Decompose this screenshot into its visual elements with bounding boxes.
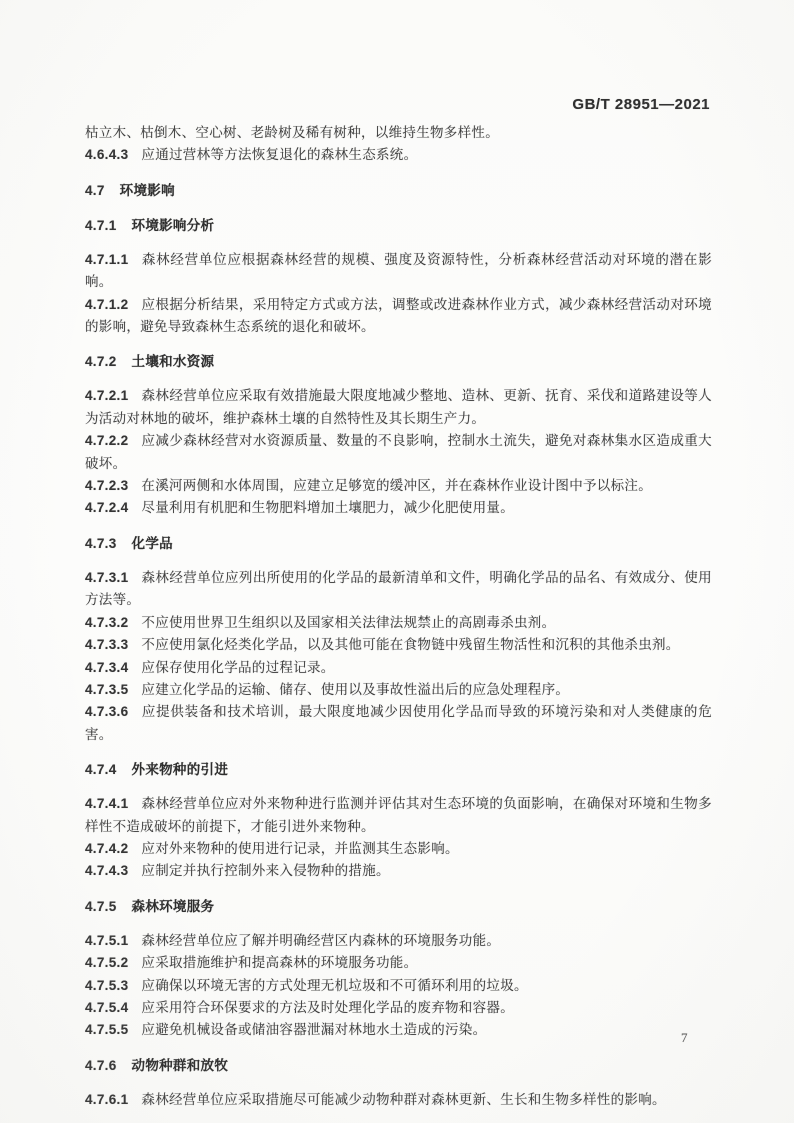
section-number: 4.7.2 <box>85 354 117 369</box>
section-title: 森林环境服务 <box>132 899 215 914</box>
clause-number: 4.7.2.1 <box>85 388 128 403</box>
clause-text: 应减少森林经营对水资源质量、数量的不良影响，控制水土流失，避免对森林集水区造成重… <box>85 433 712 470</box>
section-number: 4.7.5 <box>85 899 117 914</box>
clause-number: 4.7.5.3 <box>85 978 128 993</box>
section-number: 4.7.4 <box>85 762 117 777</box>
clause-text: 应对外来物种的使用进行记录，并监测其生态影响。 <box>141 841 458 856</box>
clause-number: 4.7.2.2 <box>85 433 128 448</box>
clause-number: 4.7.4.3 <box>85 863 128 878</box>
section-title: 动物种群和放牧 <box>132 1058 229 1073</box>
clause-number: 4.7.4.2 <box>85 841 128 856</box>
clause-paragraph: 4.7.2.4尽量利用有机肥和生物肥料增加土壤肥力，减少化肥使用量。 <box>85 497 712 519</box>
section-heading: 4.7环境影响 <box>85 180 712 202</box>
clause-number: 4.7.1.2 <box>85 297 128 312</box>
clause-text: 不应使用氯化烃类化学品，以及其他可能在食物链中残留生物活性和沉积的其他杀虫剂。 <box>141 637 679 652</box>
clause-number: 4.7.4.1 <box>85 796 128 811</box>
clause-text: 森林经营单位应根据森林经营的规模、强度及资源特性，分析森林经营活动对环境的潜在影… <box>85 252 712 289</box>
section-title: 土壤和水资源 <box>132 354 215 369</box>
clause-text: 在溪河两侧和水体周围，应建立足够宽的缓冲区，并在森林作业设计图中予以标注。 <box>141 478 652 493</box>
clause-text: 应采用符合环保要求的方法及时处理化学品的废弃物和容器。 <box>141 1000 514 1015</box>
section-title: 化学品 <box>132 536 173 551</box>
clause-paragraph: 4.7.6.1森林经营单位应采取措施尽可能减少动物种群对森林更新、生长和生物多样… <box>85 1089 712 1111</box>
clause-paragraph: 4.7.3.6应提供装备和技术培训，最大限度地减少因使用化学品而导致的环境污染和… <box>85 701 712 746</box>
clause-paragraph: 4.7.5.5应避免机械设备或储油容器泄漏对林地水土造成的污染。 <box>85 1019 712 1041</box>
section-number: 4.7.6 <box>85 1058 117 1073</box>
clause-text: 应根据分析结果，采用特定方式或方法，调整或改进森林作业方式，减少森林经营活动对环… <box>85 297 712 334</box>
standard-document-page: GB/T 28951—2021 枯立木、枯倒木、空心树、老龄树及稀有树种，以维持… <box>0 0 794 1123</box>
section-title: 环境影响 <box>120 183 175 198</box>
section-title: 环境影响分析 <box>132 218 215 233</box>
clause-text: 应制定并执行控制外来入侵物种的措施。 <box>141 863 389 878</box>
clause-number: 4.7.3.2 <box>85 615 128 630</box>
section-title: 外来物种的引进 <box>132 762 229 777</box>
clause-text: 枯立木、枯倒木、空心树、老龄树及稀有树种，以维持生物多样性。 <box>85 125 499 140</box>
clause-paragraph: 4.7.4.3应制定并执行控制外来入侵物种的措施。 <box>85 860 712 882</box>
standard-number-header: GB/T 28951—2021 <box>572 96 710 113</box>
section-heading: 4.7.6动物种群和放牧 <box>85 1055 712 1077</box>
clause-paragraph: 4.7.2.1森林经营单位应采取有效措施最大限度地减少整地、造林、更新、抚育、采… <box>85 385 712 430</box>
clause-text: 森林经营单位应采取措施尽可能减少动物种群对森林更新、生长和生物多样性的影响。 <box>141 1092 665 1107</box>
document-body: 枯立木、枯倒木、空心树、老龄树及稀有树种，以维持生物多样性。4.6.4.3应通过… <box>85 122 712 1111</box>
clause-text: 森林经营单位应了解并明确经营区内森林的环境服务功能。 <box>141 933 500 948</box>
clause-paragraph: 4.7.5.2应采取措施维护和提高森林的环境服务功能。 <box>85 952 712 974</box>
clause-text: 应保存使用化学品的过程记录。 <box>141 660 334 675</box>
page-number: 7 <box>681 1030 688 1046</box>
clause-paragraph: 4.7.2.3在溪河两侧和水体周围，应建立足够宽的缓冲区，并在森林作业设计图中予… <box>85 475 712 497</box>
clause-paragraph: 4.7.3.5应建立化学品的运输、储存、使用以及事故性溢出后的应急处理程序。 <box>85 679 712 701</box>
section-number: 4.7 <box>85 183 105 198</box>
clause-paragraph: 4.7.5.4应采用符合环保要求的方法及时处理化学品的废弃物和容器。 <box>85 997 712 1019</box>
clause-paragraph: 4.7.5.3应确保以环境无害的方式处理无机垃圾和不可循环利用的垃圾。 <box>85 975 712 997</box>
clause-text: 应建立化学品的运输、储存、使用以及事故性溢出后的应急处理程序。 <box>141 682 569 697</box>
section-number: 4.7.3 <box>85 536 117 551</box>
clause-paragraph: 4.7.3.3不应使用氯化烃类化学品，以及其他可能在食物链中残留生物活性和沉积的… <box>85 634 712 656</box>
section-heading: 4.7.4外来物种的引进 <box>85 759 712 781</box>
section-heading: 4.7.2土壤和水资源 <box>85 351 712 373</box>
section-heading: 4.7.3化学品 <box>85 533 712 555</box>
clause-number: 4.7.3.3 <box>85 637 128 652</box>
clause-paragraph: 4.7.5.1森林经营单位应了解并明确经营区内森林的环境服务功能。 <box>85 930 712 952</box>
clause-number: 4.7.6.1 <box>85 1092 128 1107</box>
clause-text: 森林经营单位应对外来物种进行监测并评估其对生态环境的负面影响，在确保对环境和生物… <box>85 796 712 833</box>
clause-number: 4.7.5.5 <box>85 1022 128 1037</box>
clause-number: 4.7.2.4 <box>85 500 128 515</box>
clause-text: 应采取措施维护和提高森林的环境服务功能。 <box>141 955 417 970</box>
clause-number: 4.7.3.5 <box>85 682 128 697</box>
clause-number: 4.7.3.1 <box>85 570 128 585</box>
clause-text: 不应使用世界卫生组织以及国家相关法律法规禁止的高剧毒杀虫剂。 <box>141 615 555 630</box>
section-heading: 4.7.1环境影响分析 <box>85 215 712 237</box>
clause-number: 4.7.3.6 <box>85 704 128 719</box>
clause-paragraph: 4.7.3.1森林经营单位应列出所使用的化学品的最新清单和文件，明确化学品的品名… <box>85 567 712 612</box>
section-heading: 4.7.5森林环境服务 <box>85 896 712 918</box>
clause-number: 4.7.5.4 <box>85 1000 128 1015</box>
clause-text: 尽量利用有机肥和生物肥料增加土壤肥力，减少化肥使用量。 <box>141 500 514 515</box>
clause-number: 4.6.4.3 <box>85 147 128 162</box>
clause-text: 森林经营单位应采取有效措施最大限度地减少整地、造林、更新、抚育、采伐和道路建设等… <box>85 388 712 425</box>
clause-text: 应通过营林等方法恢复退化的森林生态系统。 <box>141 147 417 162</box>
clause-text: 应提供装备和技术培训，最大限度地减少因使用化学品而导致的环境污染和对人类健康的危… <box>85 704 712 741</box>
clause-paragraph: 4.7.3.4应保存使用化学品的过程记录。 <box>85 657 712 679</box>
clause-text: 应避免机械设备或储油容器泄漏对林地水土造成的污染。 <box>141 1022 486 1037</box>
clause-number: 4.7.5.1 <box>85 933 128 948</box>
clause-paragraph: 4.7.2.2应减少森林经营对水资源质量、数量的不良影响，控制水土流失，避免对森… <box>85 430 712 475</box>
clause-paragraph: 4.7.1.2应根据分析结果，采用特定方式或方法，调整或改进森林作业方式，减少森… <box>85 294 712 339</box>
clause-paragraph: 4.7.1.1森林经营单位应根据森林经营的规模、强度及资源特性，分析森林经营活动… <box>85 249 712 294</box>
clause-number: 4.7.2.3 <box>85 478 128 493</box>
section-number: 4.7.1 <box>85 218 117 233</box>
clause-number: 4.7.1.1 <box>85 252 128 267</box>
clause-paragraph: 4.7.4.1森林经营单位应对外来物种进行监测并评估其对生态环境的负面影响，在确… <box>85 793 712 838</box>
clause-text: 应确保以环境无害的方式处理无机垃圾和不可循环利用的垃圾。 <box>141 978 527 993</box>
clause-paragraph: 4.7.3.2不应使用世界卫生组织以及国家相关法律法规禁止的高剧毒杀虫剂。 <box>85 612 712 634</box>
clause-text: 森林经营单位应列出所使用的化学品的最新清单和文件，明确化学品的品名、有效成分、使… <box>85 570 712 607</box>
clause-paragraph: 枯立木、枯倒木、空心树、老龄树及稀有树种，以维持生物多样性。 <box>85 122 712 144</box>
clause-paragraph: 4.6.4.3应通过营林等方法恢复退化的森林生态系统。 <box>85 144 712 166</box>
clause-paragraph: 4.7.4.2应对外来物种的使用进行记录，并监测其生态影响。 <box>85 838 712 860</box>
clause-number: 4.7.3.4 <box>85 660 128 675</box>
clause-number: 4.7.5.2 <box>85 955 128 970</box>
